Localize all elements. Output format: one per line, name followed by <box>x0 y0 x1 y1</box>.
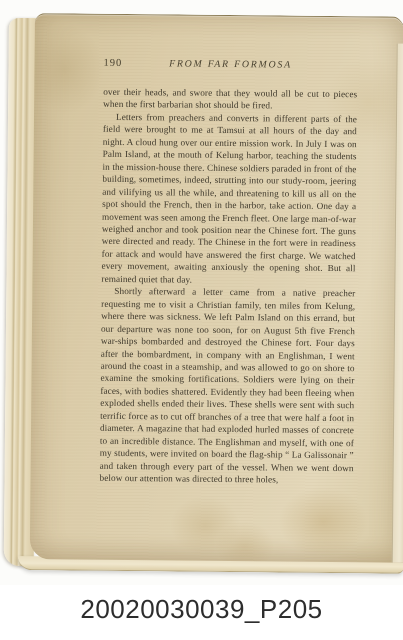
catalog-number: 20020030039_P205 <box>80 594 322 625</box>
paragraph: Shortly afterward a letter came from a n… <box>99 285 355 487</box>
paragraph: Letters from preachers and converts in d… <box>101 111 357 288</box>
paper-stain <box>30 24 105 115</box>
page-header: 190 FROM FAR FORMOSA <box>103 58 357 74</box>
paper-stain <box>215 521 275 563</box>
scanned-book-photo: 190 FROM FAR FORMOSA over their heads, a… <box>0 0 403 640</box>
running-title: FROM FAR FORMOSA <box>103 58 357 71</box>
paper-stain <box>170 495 241 556</box>
caption-strip: 20020030039_P205 <box>0 585 403 640</box>
paper-stain <box>278 486 369 557</box>
photo-area: 190 FROM FAR FORMOSA over their heads, a… <box>0 0 403 585</box>
book-page: 190 FROM FAR FORMOSA over their heads, a… <box>30 13 403 563</box>
page-body-text: over their heads, and swore that they wo… <box>99 86 357 487</box>
paragraph: over their heads, and swore that they wo… <box>103 86 357 113</box>
book: 190 FROM FAR FORMOSA over their heads, a… <box>4 13 403 574</box>
page-fore-edge <box>392 44 403 563</box>
